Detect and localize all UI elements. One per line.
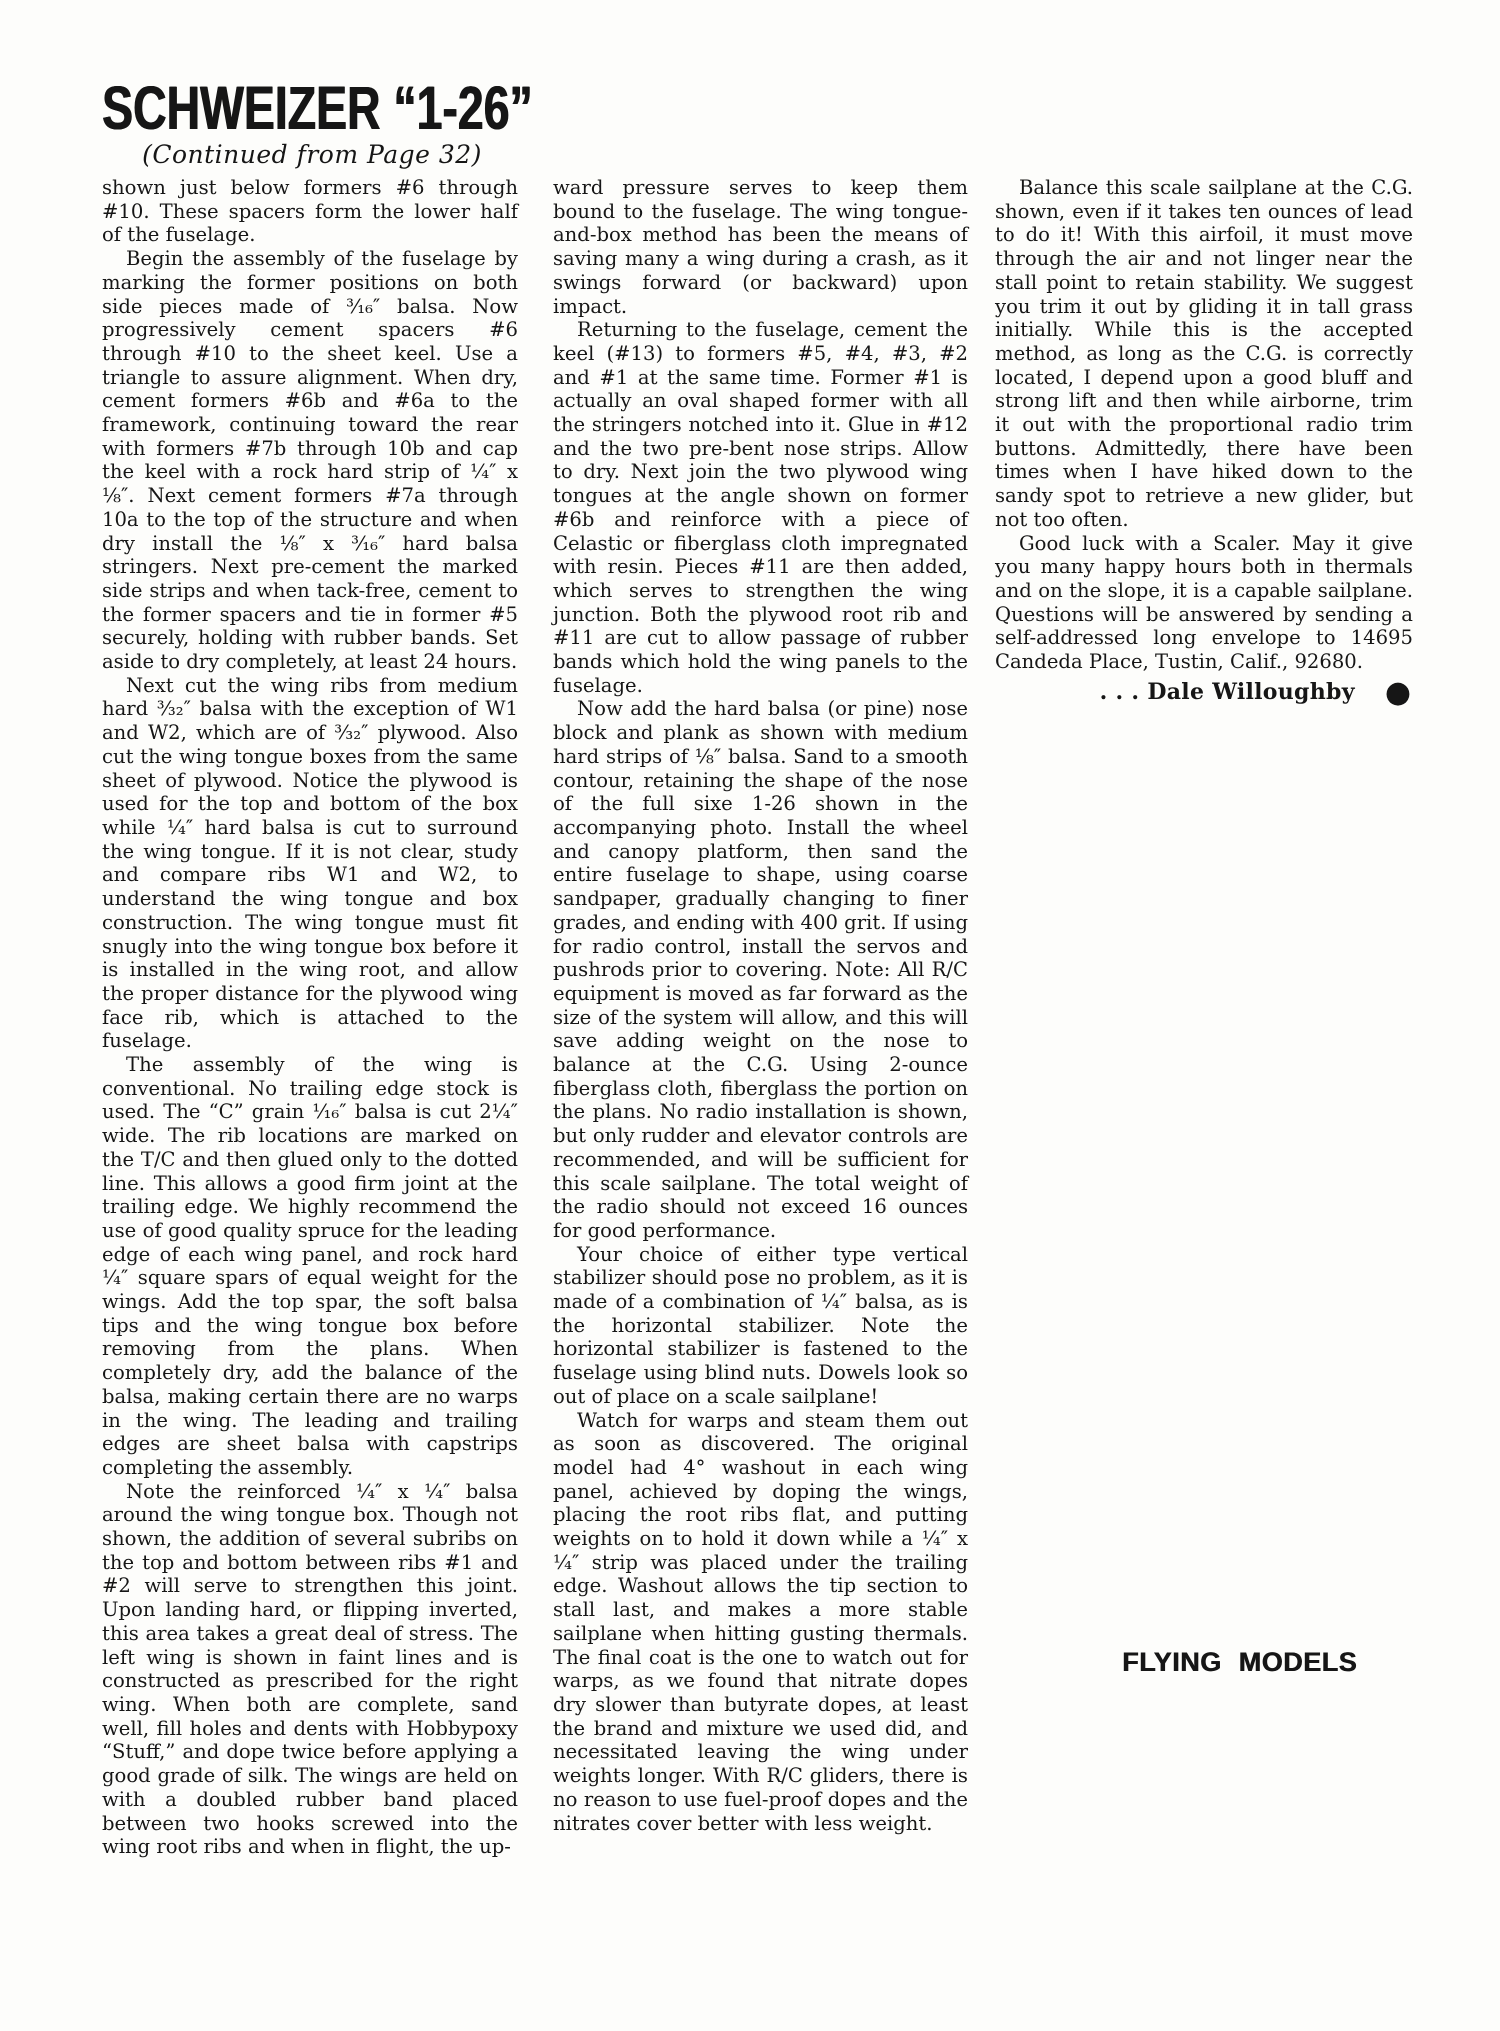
magazine-name: FLYING MODELS	[1122, 1647, 1357, 1678]
paragraph: Watch for warps and steam them out as so…	[553, 1409, 968, 1836]
author-byline: . . . Dale Willoughby	[1100, 681, 1355, 705]
paragraph: Balance this scale sailplane at the C.G.…	[995, 176, 1413, 532]
end-of-article-bullet-icon: ●	[1385, 683, 1411, 703]
paragraph: ward pressure serves to keep them bound …	[553, 176, 968, 318]
paragraph: Good luck with a Scaler. May it give you…	[995, 532, 1413, 674]
paragraph: Begin the assembly of the fuselage by ma…	[102, 247, 518, 674]
text-column-1: shown just below formers #6 through #10.…	[102, 176, 518, 1859]
magazine-page: SCHWEIZER “1-26” (Continued from Page 32…	[0, 0, 1500, 2031]
text-column-3: Balance this scale sailplane at the C.G.…	[995, 176, 1413, 704]
paragraph: Returning to the fuselage, cement the ke…	[553, 318, 968, 697]
paragraph: shown just below formers #6 through #10.…	[102, 176, 518, 247]
paragraph: Now add the hard balsa (or pine) nose bl…	[553, 697, 968, 1242]
text-column-2: ward pressure serves to keep them bound …	[553, 176, 968, 1835]
paragraph: Note the reinforced ¼″ x ¼″ balsa around…	[102, 1480, 518, 1859]
paragraph: Your choice of either type vertical stab…	[553, 1243, 968, 1409]
byline-row: . . . Dale Willoughby ●	[995, 681, 1413, 705]
paragraph: Next cut the wing ribs from medium hard …	[102, 674, 518, 1053]
masthead: SCHWEIZER “1-26” (Continued from Page 32…	[102, 80, 532, 169]
article-subtitle: (Continued from Page 32)	[102, 140, 522, 169]
article-title: SCHWEIZER “1-26”	[102, 80, 446, 137]
paragraph: The assembly of the wing is conventional…	[102, 1053, 518, 1480]
